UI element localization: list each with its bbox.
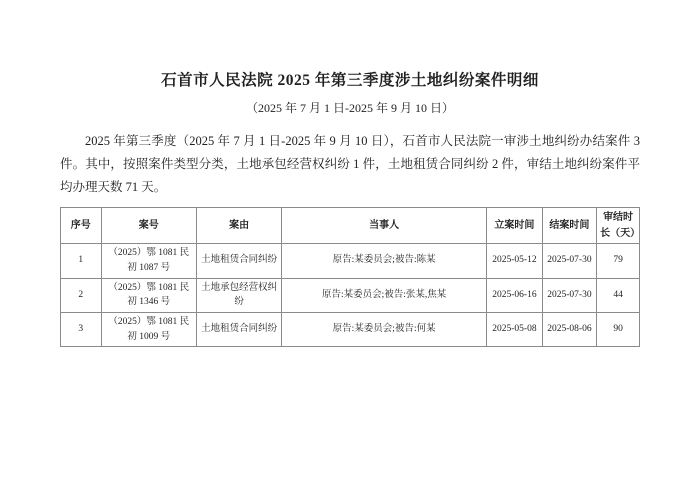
- header-parties: 当事人: [282, 208, 487, 244]
- table-row: 2 （2025）鄂 1081 民初 1346 号 土地承包经营权纠纷 原告:某委…: [61, 278, 640, 312]
- cell-seq-no: 1: [61, 244, 102, 278]
- cell-parties: 原告:某委员会;被告:张某,焦某: [282, 278, 487, 312]
- cell-cause-of-action: 土地承包经营权纠纷: [197, 278, 282, 312]
- cell-closing-date: 2025-08-06: [542, 312, 596, 346]
- cell-seq-no: 2: [61, 278, 102, 312]
- cell-case-number: （2025）鄂 1081 民初 1087 号: [101, 244, 197, 278]
- cell-closing-date: 2025-07-30: [542, 278, 596, 312]
- cell-closing-date: 2025-07-30: [542, 244, 596, 278]
- cell-case-number: （2025）鄂 1081 民初 1009 号: [101, 312, 197, 346]
- cell-filing-date: 2025-05-08: [487, 312, 543, 346]
- header-cause-of-action: 案由: [197, 208, 282, 244]
- cell-duration-days: 44: [597, 278, 640, 312]
- table-row: 3 （2025）鄂 1081 民初 1009 号 土地租赁合同纠纷 原告:某委员…: [61, 312, 640, 346]
- cell-parties: 原告:某委员会;被告:何某: [282, 312, 487, 346]
- cell-case-number: （2025）鄂 1081 民初 1346 号: [101, 278, 197, 312]
- cell-filing-date: 2025-05-12: [487, 244, 543, 278]
- cell-cause-of-action: 土地租赁合同纠纷: [197, 244, 282, 278]
- cell-filing-date: 2025-06-16: [487, 278, 543, 312]
- document-subtitle: （2025 年 7 月 1 日-2025 年 9 月 10 日）: [60, 101, 640, 117]
- cell-seq-no: 3: [61, 312, 102, 346]
- cell-cause-of-action: 土地租赁合同纠纷: [197, 312, 282, 346]
- header-filing-date: 立案时间: [487, 208, 543, 244]
- header-duration-days: 审结时长（天）: [597, 208, 640, 244]
- header-case-number: 案号: [101, 208, 197, 244]
- cell-duration-days: 90: [597, 312, 640, 346]
- table-header-row: 序号 案号 案由 当事人 立案时间 结案时间 审结时长（天）: [61, 208, 640, 244]
- document-title: 石首市人民法院 2025 年第三季度涉土地纠纷案件明细: [60, 70, 640, 92]
- header-closing-date: 结案时间: [542, 208, 596, 244]
- table-row: 1 （2025）鄂 1081 民初 1087 号 土地租赁合同纠纷 原告:某委员…: [61, 244, 640, 278]
- header-seq-no: 序号: [61, 208, 102, 244]
- document-page: 石首市人民法院 2025 年第三季度涉土地纠纷案件明细 （2025 年 7 月 …: [0, 0, 700, 347]
- summary-paragraph: 2025 年第三季度（2025 年 7 月 1 日-2025 年 9 月 10 …: [60, 130, 640, 199]
- cell-parties: 原告:某委员会;被告:陈某: [282, 244, 487, 278]
- case-table: 序号 案号 案由 当事人 立案时间 结案时间 审结时长（天） 1 （2025）鄂…: [60, 207, 640, 347]
- cell-duration-days: 79: [597, 244, 640, 278]
